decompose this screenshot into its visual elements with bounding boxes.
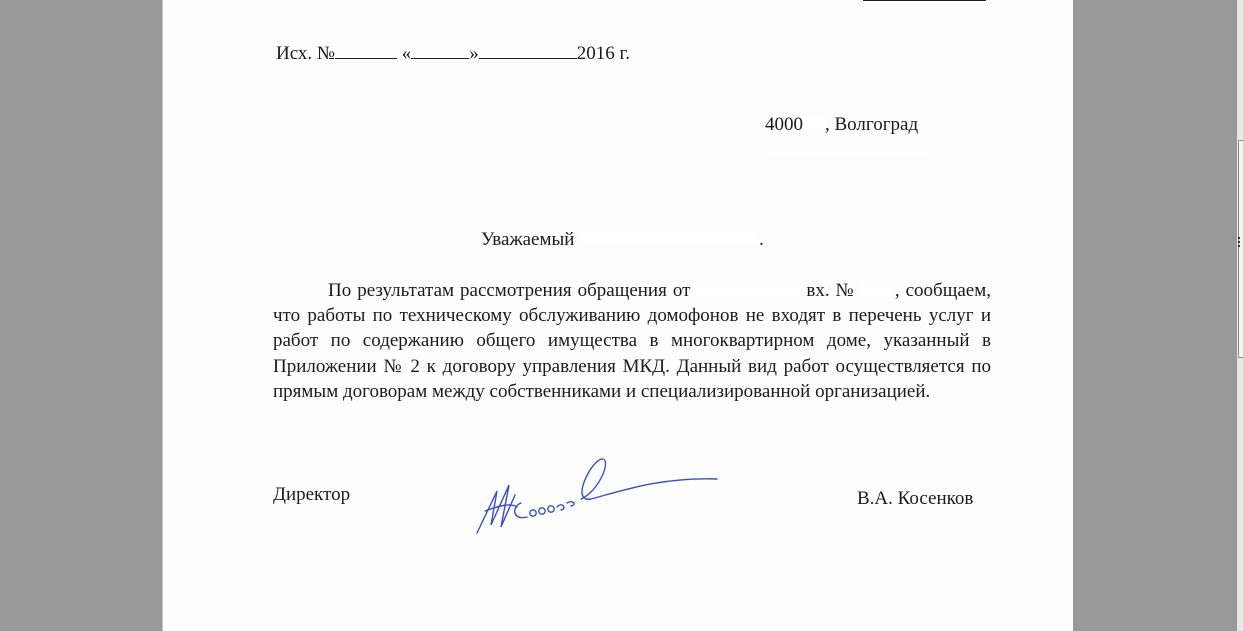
body-part1: По результатам рассмотрения обращения от: [328, 280, 690, 301]
address-line3-redacted: [763, 146, 933, 156]
handwritten-signature-icon: [471, 455, 721, 540]
salutation-name-redacted: [579, 231, 759, 245]
ref-month-redacted: [479, 40, 577, 59]
quote-open: «: [402, 43, 412, 64]
quote-close: »: [469, 43, 479, 64]
appeal-date-redacted: [696, 282, 800, 296]
ref-number-redacted: [335, 40, 397, 59]
address-line1-redacted: [763, 98, 925, 106]
signer-name: В.А. Косенков: [857, 487, 973, 511]
signer-position: Директор: [273, 483, 350, 507]
salutation-period: .: [759, 229, 764, 250]
address-city-line: 4000, Волгоград: [765, 113, 918, 137]
outgoing-ref-label: Исх. №: [276, 43, 335, 64]
address-postcode: 4000: [765, 114, 803, 135]
scrollbar-grip-icon: [1238, 237, 1242, 247]
header-rule: [863, 0, 986, 1]
ref-year: 2016 г.: [577, 43, 630, 64]
scrollbar-thumb[interactable]: [1238, 140, 1243, 358]
document-page: Исх. № «»2016 г. 4000, Волгоград Уважаем…: [162, 0, 1073, 631]
body-paragraph: По результатам рассмотрения обращения от…: [273, 278, 991, 404]
vertical-scrollbar[interactable]: [1237, 0, 1243, 631]
incoming-number-redacted: [861, 282, 895, 296]
ref-day-redacted: [411, 40, 469, 59]
body-part2: вх. №: [806, 280, 855, 301]
outgoing-ref-line: Исх. № «»2016 г.: [276, 40, 630, 66]
salutation-text: Уважаемый: [481, 229, 574, 250]
postcode-redacted: [803, 116, 825, 130]
salutation: Уважаемый .: [481, 228, 764, 252]
address-city: , Волгоград: [825, 114, 918, 135]
